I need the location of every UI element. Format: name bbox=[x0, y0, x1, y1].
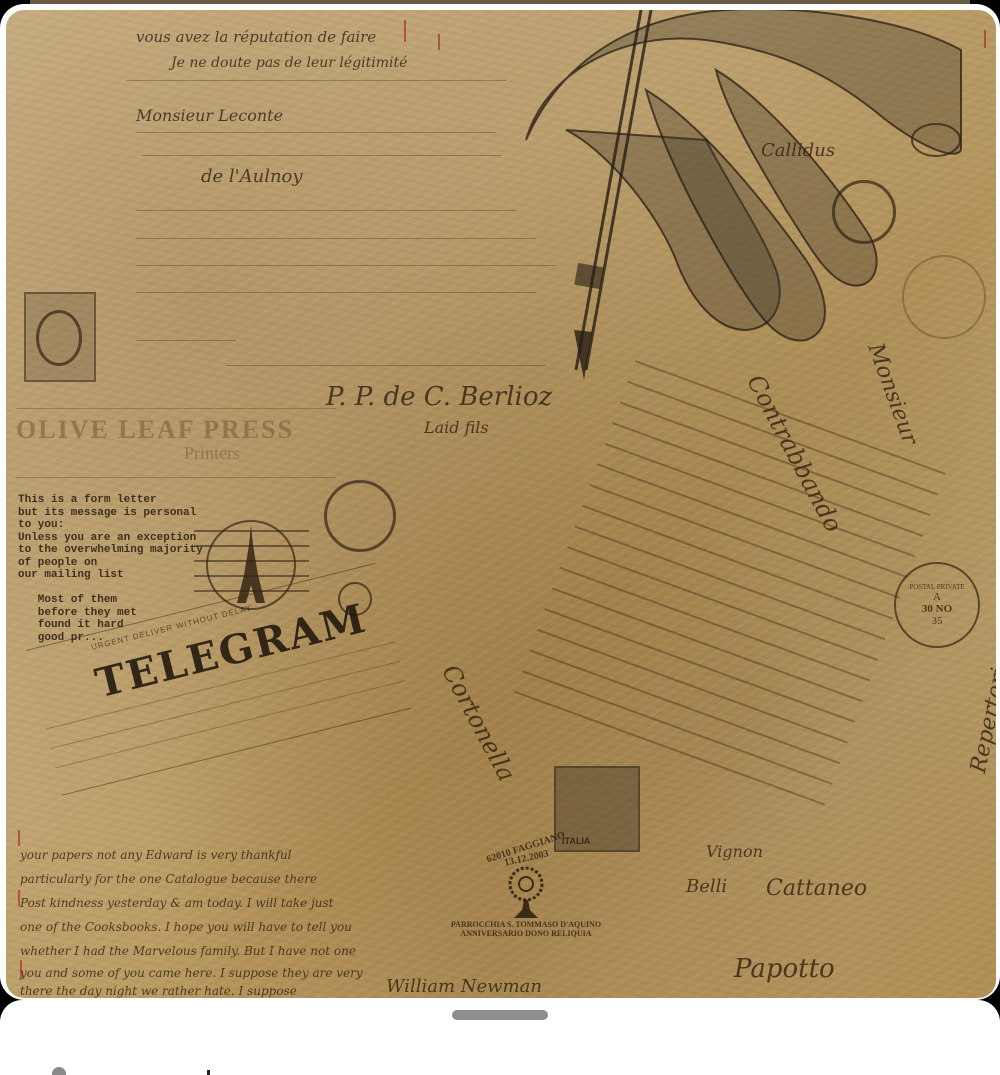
image-card[interactable]: vous avez la réputation de faire Je ne d… bbox=[0, 4, 1000, 1000]
letter-scribble bbox=[136, 292, 536, 293]
faded-postmark bbox=[902, 255, 986, 339]
cancellation-line bbox=[194, 560, 309, 562]
bottom-sheet[interactable] bbox=[0, 1000, 1000, 1075]
handwriting: Vignon bbox=[706, 842, 763, 861]
red-margin-mark bbox=[18, 830, 20, 846]
letter-line: de l'Aulnoy bbox=[201, 166, 303, 187]
letter-line: Je ne doute pas de leur légitimité bbox=[171, 55, 407, 71]
round-postmark bbox=[324, 480, 396, 552]
dated-postmark: POSTAL PRIVATE A 30 NO 35 bbox=[894, 562, 980, 648]
cancellation-line bbox=[194, 530, 309, 532]
cancellation-line bbox=[194, 545, 309, 547]
vintage-ephemera-image[interactable]: vous avez la réputation de faire Je ne d… bbox=[6, 10, 996, 998]
postmark-bottom-text: ANNIVERSARIO DONO RELIQUIA bbox=[460, 929, 591, 938]
portrait-oval-icon bbox=[36, 310, 82, 366]
hand-quill-illustration bbox=[506, 10, 966, 390]
handwriting: Belli bbox=[686, 876, 727, 897]
olive-leaf-press-label: OLIVE LEAF PRESS Printers bbox=[16, 408, 336, 478]
italian-commemorative-postmark: 62010 FAGGIANO 13.12.2003 PARROCCHIA S. … bbox=[446, 810, 606, 970]
signature-sub: Laid fils bbox=[424, 418, 489, 437]
letter-scribble bbox=[136, 210, 516, 211]
partial-glyph bbox=[207, 1070, 210, 1075]
bottom-letter-line: particularly for the one Catalogue becau… bbox=[20, 872, 317, 886]
bottom-letter-line: your papers not any Edward is very thank… bbox=[20, 848, 292, 862]
postmark-year: 35 bbox=[932, 615, 943, 627]
handwriting: Callidus bbox=[761, 140, 835, 161]
postmark-ring-text: PARROCCHIA S. TOMMASO D'AQUINO bbox=[451, 920, 601, 929]
press-subtitle: Printers bbox=[184, 443, 240, 464]
bottom-letter-line: you and some of you came here. I suppose… bbox=[20, 966, 363, 980]
bottom-signature: William Newman bbox=[386, 976, 542, 997]
letter-scribble bbox=[126, 80, 506, 81]
handwriting: Cattaneo bbox=[766, 876, 867, 901]
red-margin-mark bbox=[438, 34, 440, 50]
letter-line: vous avez la réputation de faire bbox=[136, 28, 376, 46]
cancellation-line bbox=[194, 575, 309, 577]
bottom-letter-line: whether I had the Marvelous family. But … bbox=[20, 944, 356, 958]
postmark-letter: A bbox=[933, 591, 941, 603]
letter-line: Monsieur Leconte bbox=[136, 106, 283, 125]
red-margin-mark bbox=[984, 30, 986, 48]
letter-scribble bbox=[136, 340, 236, 341]
letter-scribble bbox=[136, 132, 496, 133]
letter-scribble bbox=[226, 365, 546, 366]
letter-scribble bbox=[136, 238, 536, 239]
red-margin-mark bbox=[404, 20, 406, 42]
letter-scribble bbox=[141, 155, 501, 156]
letter-scribble bbox=[136, 265, 556, 266]
partial-icon bbox=[52, 1067, 66, 1075]
bottom-letter-line: there the day night we rather hate. I su… bbox=[20, 984, 297, 998]
bottom-letter-line: Post kindness yesterday & am today. I wi… bbox=[20, 896, 334, 910]
postmark-country: ITALIA bbox=[562, 836, 590, 846]
postmark-date: 30 NO bbox=[922, 603, 952, 615]
handwriting: Papotto bbox=[734, 954, 835, 984]
postmark-ring-text: POSTAL PRIVATE bbox=[909, 583, 964, 591]
signature: P. P. de C. Berlioz bbox=[326, 382, 552, 412]
round-postmark bbox=[832, 180, 896, 244]
drag-handle[interactable] bbox=[452, 1010, 548, 1020]
bottom-letter-line: one of the Cooksbooks. I hope you will h… bbox=[20, 920, 352, 934]
reliquary-icon bbox=[506, 864, 546, 920]
press-title: OLIVE LEAF PRESS bbox=[16, 415, 294, 445]
